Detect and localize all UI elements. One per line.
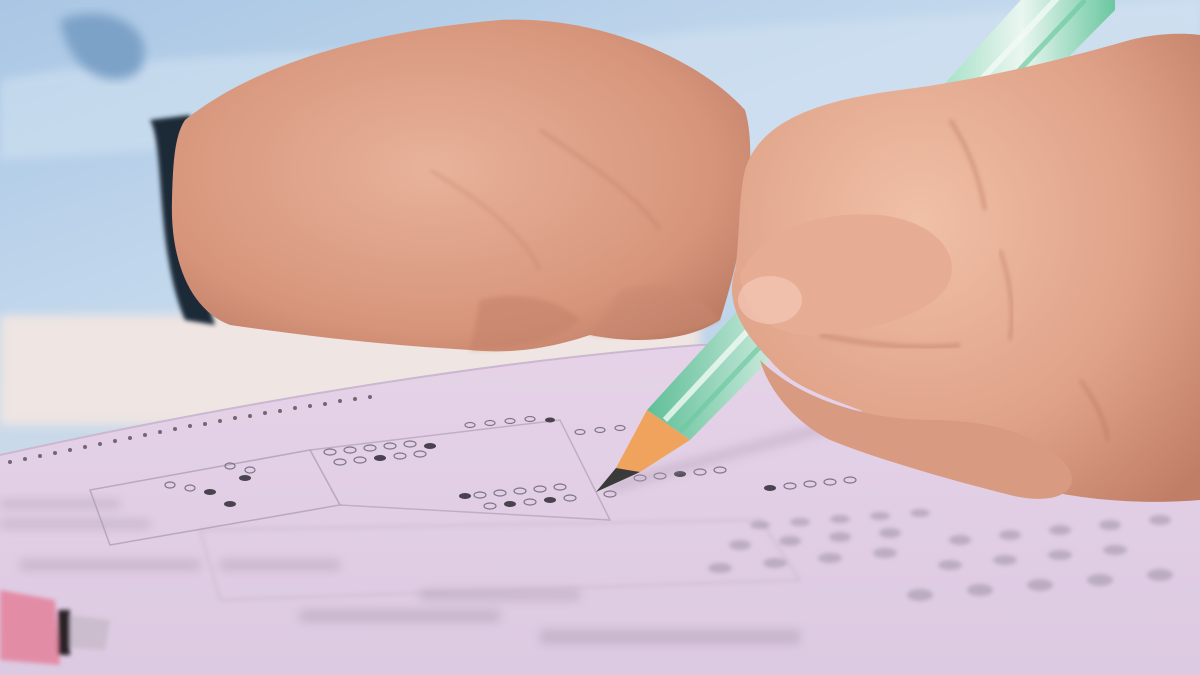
photo-scene [0,0,1200,675]
photo-illustration [0,0,1200,675]
